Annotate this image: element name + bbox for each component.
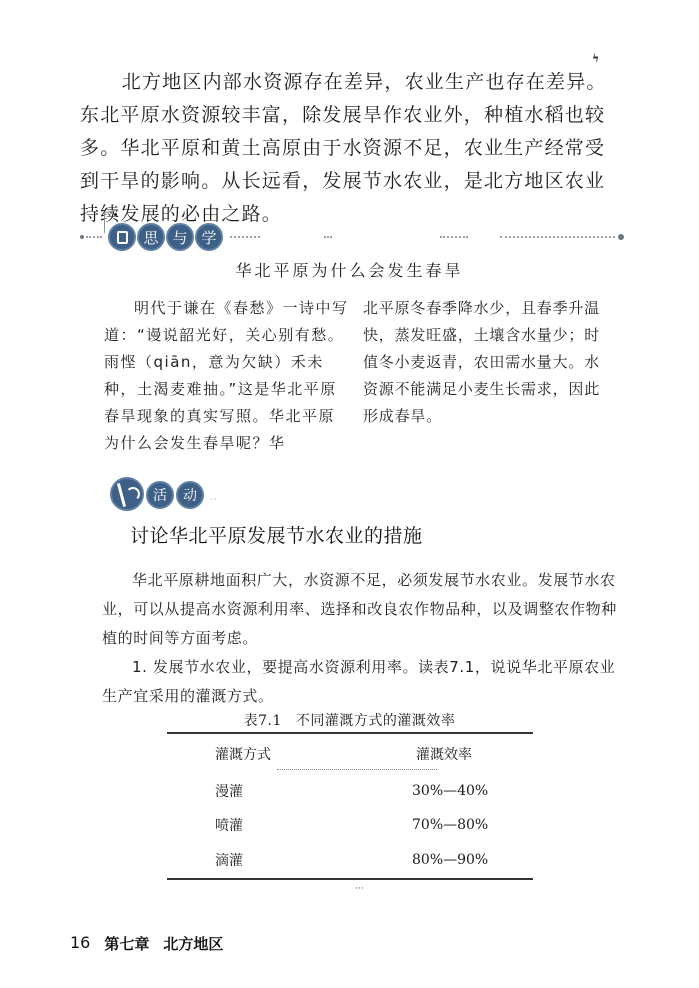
table-header-method: 灌溉方式 (167, 744, 332, 764)
think-left-text: 明代于谦在《春愁》一诗中写道：“谩说韶光好，关心别有愁。雨悭（qiān，意为欠缺… (104, 295, 350, 457)
table-row: 漫灌 30%—40% (167, 774, 533, 808)
activity-badge: 活 动 (146, 481, 204, 509)
intro-paragraph: 北方地区内部水资源存在差异，农业生产也存在差异。东北平原水资源较丰富，除发展旱作… (80, 66, 625, 231)
badge-char-1: 活 (146, 481, 174, 509)
activity-question-1: 1. 发展节水农业，要提高水资源利用率。读表7.1，说说华北平原农业生产宜采用的… (102, 653, 622, 711)
dotted-rule-mid-2 (324, 236, 332, 238)
rule-end-dot (618, 234, 624, 240)
table-cell-method: 漫灌 (167, 781, 332, 801)
table-cell-method: 喷灌 (167, 815, 332, 835)
badge-char-2: 动 (176, 481, 204, 509)
think-right-column: 北平原冬春季降水少，且春季升温快，蒸发旺盛，土壤含水量少；时值冬小麦返青，农田需… (363, 295, 613, 430)
table-caption: 表7.1不同灌溉方式的灌溉效率 (0, 710, 699, 730)
think-and-learn-header: 思 与 学 (80, 222, 625, 258)
badge-char-3: 学 (195, 223, 223, 251)
dotted-rule-mid-1 (230, 236, 260, 238)
activity-tool-icon (110, 477, 144, 511)
rule-start-dot (80, 235, 84, 239)
think-title: 华北平原为什么会发生春旱 (0, 258, 699, 281)
table-row: 喷灌 70%—80% (167, 808, 533, 842)
think-right-text: 北平原冬春季降水少，且春季升温快，蒸发旺盛，土壤含水量少；时值冬小麦返青，农田需… (363, 295, 613, 430)
badge-char-2: 与 (166, 223, 194, 251)
dotted-rule-left (86, 236, 102, 238)
table-row: 滴灌 80%—90% (167, 842, 533, 878)
table-cell-efficiency: 30%—40% (332, 783, 533, 799)
chapter-title: 北方地区 (163, 933, 223, 954)
page-footer: 16 第七章 北方地区 (70, 933, 223, 954)
table-trailing-mark: ··· (355, 884, 364, 894)
table-header-efficiency: 灌溉效率 (332, 744, 533, 764)
activity-title: 讨论华北平原发展节水农业的措施 (130, 521, 423, 548)
chapter-label: 第七章 (104, 933, 149, 954)
activity-header: 活 动 ·· (110, 475, 310, 515)
corner-mark: ϟ (592, 52, 599, 65)
table-caption-title: 不同灌溉方式的灌溉效率 (296, 713, 456, 729)
badge-char-1: 思 (137, 223, 165, 251)
dotted-rule-mid-3 (440, 236, 468, 238)
table-caption-number: 表7.1 (244, 713, 282, 729)
table-header-row: 灌溉方式 灌溉效率 (167, 734, 533, 774)
table-cell-efficiency: 80%—90% (332, 852, 533, 868)
think-and-learn-badge: 思 与 学 (108, 223, 223, 251)
dotted-rule-right (500, 236, 615, 238)
activity-trailing-dots: ·· (210, 495, 218, 505)
page-number: 16 (70, 933, 90, 954)
table-cell-efficiency: 70%—80% (332, 817, 533, 833)
table-cell-method: 滴灌 (167, 850, 332, 870)
activity-intro-paragraph: 华北平原耕地面积广大，水资源不足，必须发展节水农业。发展节水农业，可以从提高水资… (102, 566, 622, 653)
irrigation-efficiency-table: 灌溉方式 灌溉效率 漫灌 30%—40% 喷灌 70%—80% 滴灌 80%—9… (167, 732, 533, 880)
think-left-column: 明代于谦在《春愁》一诗中写道：“谩说韶光好，关心别有愁。雨悭（qiān，意为欠缺… (104, 295, 350, 457)
book-page-icon (108, 223, 136, 251)
activity-body: 华北平原耕地面积广大，水资源不足，必须发展节水农业。发展节水农业，可以从提高水资… (102, 566, 622, 711)
